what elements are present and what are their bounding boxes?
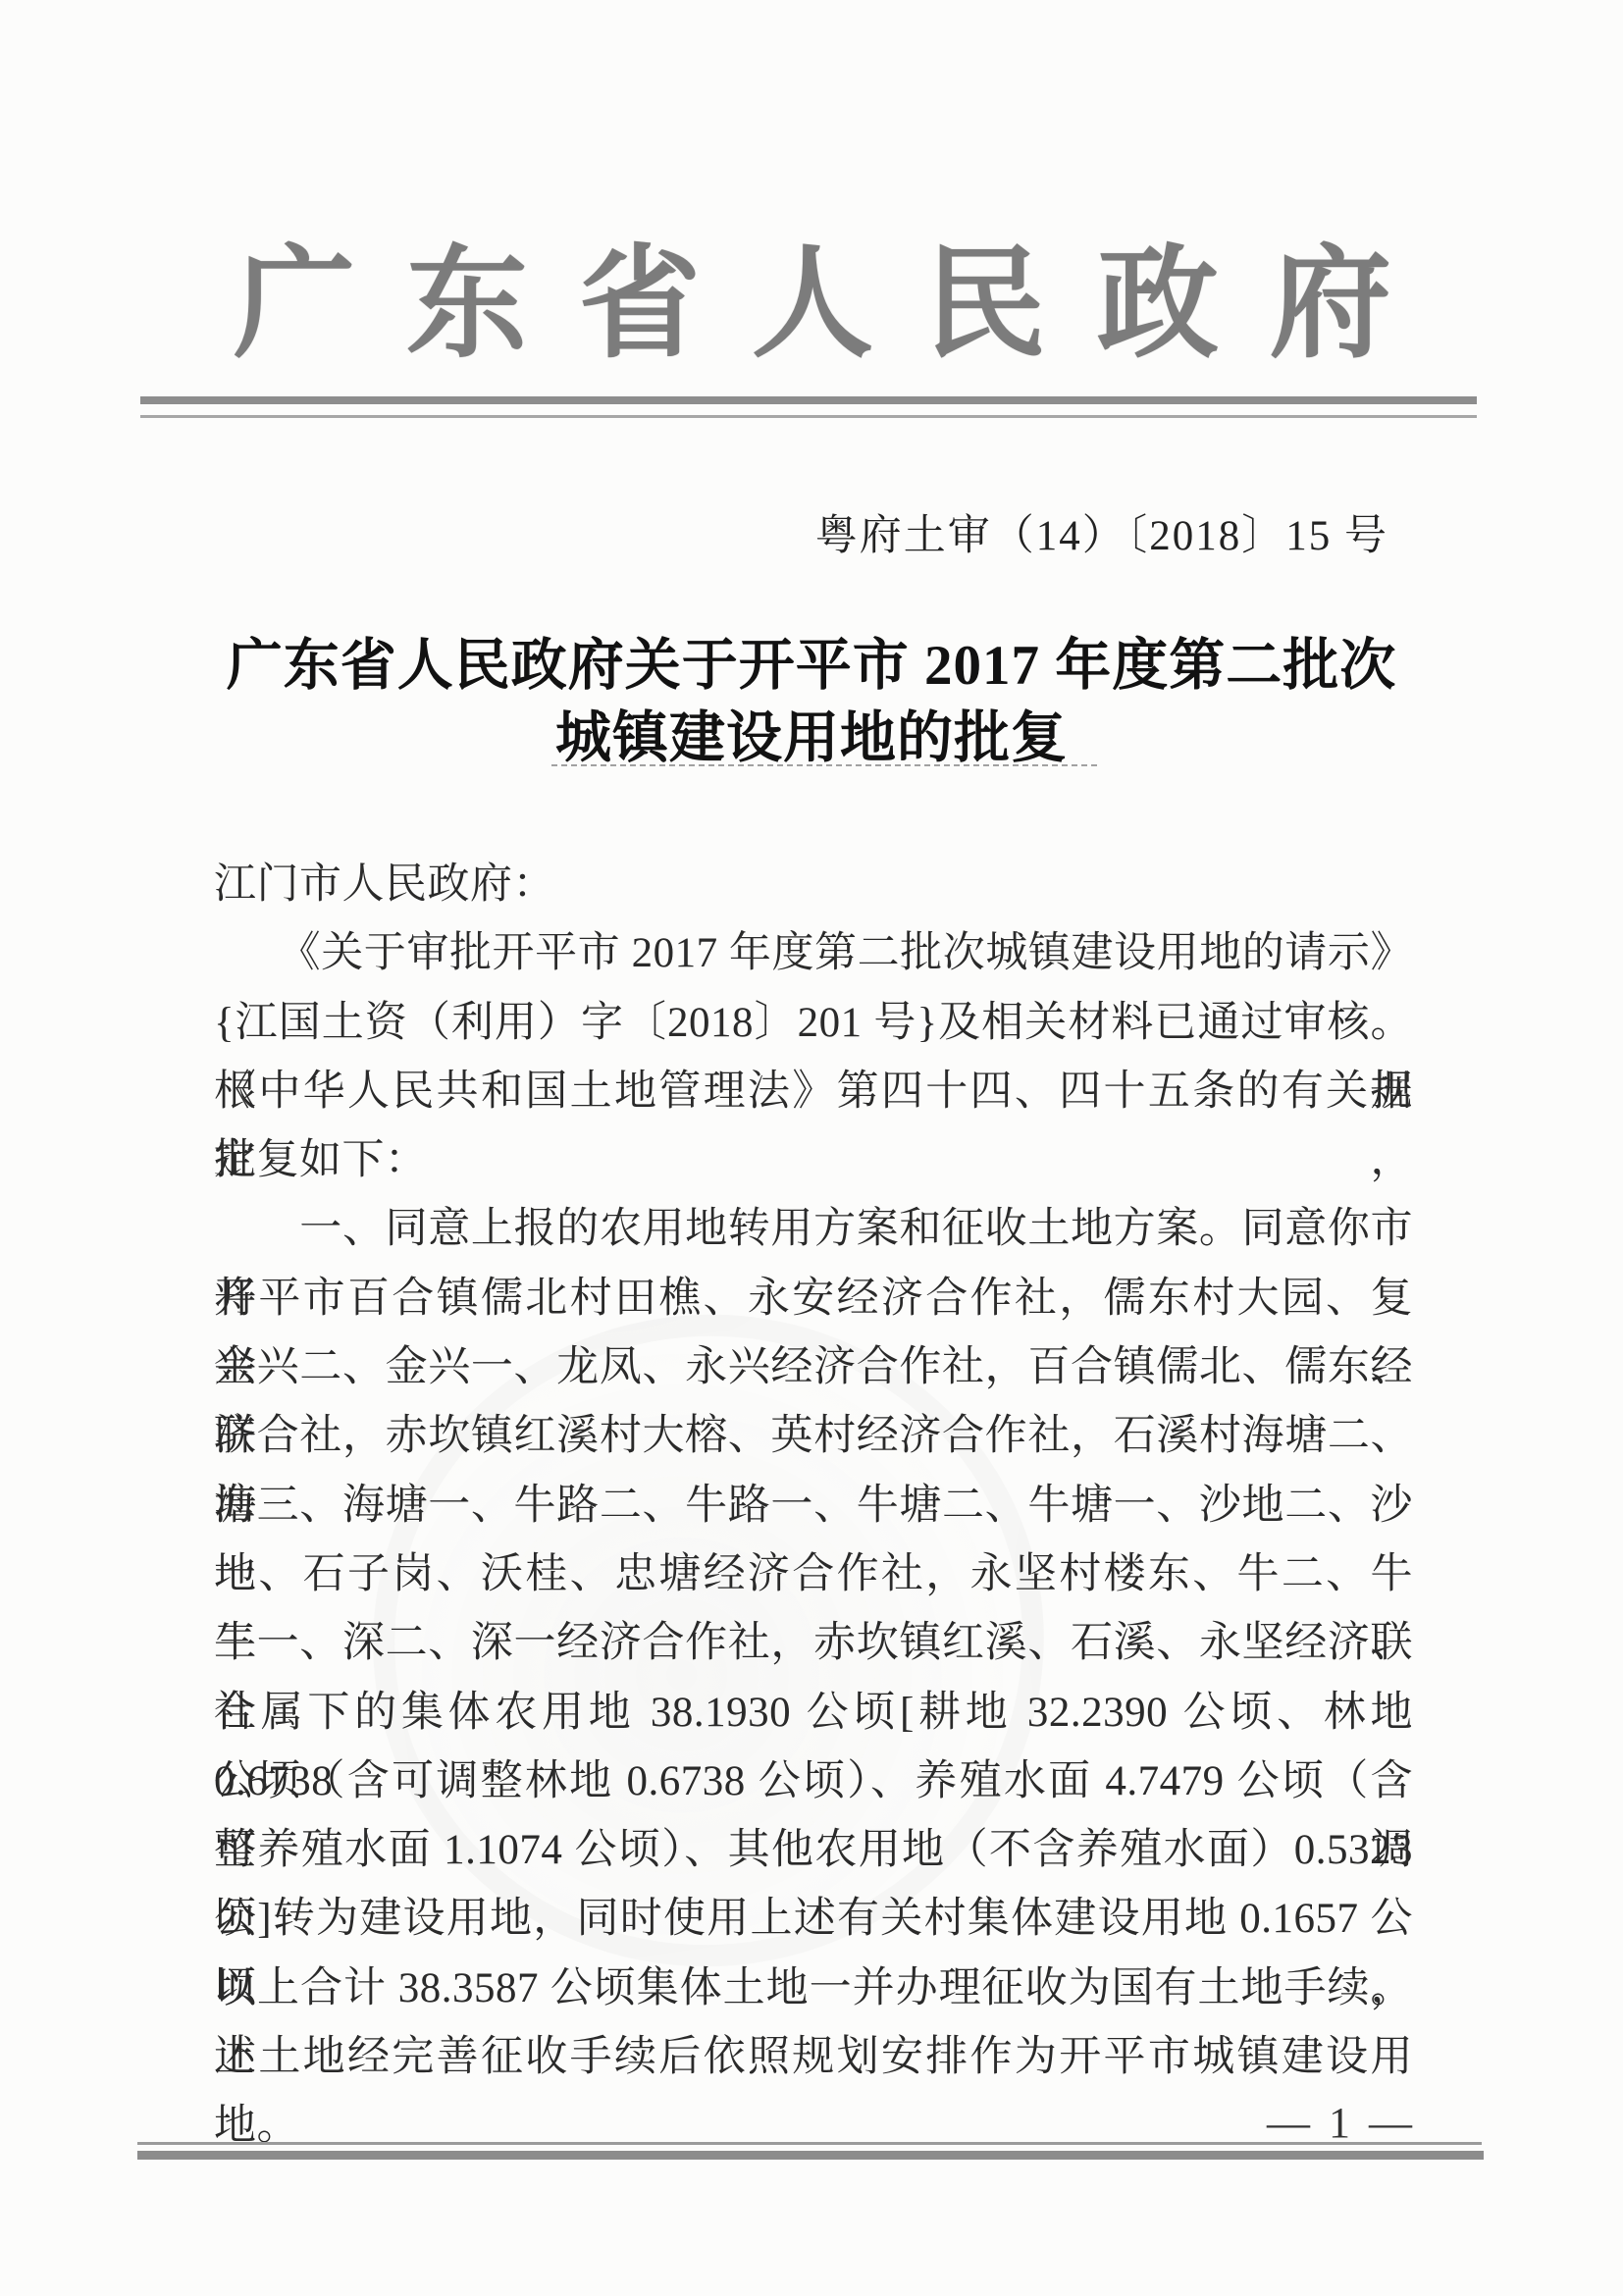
letterhead-char: 广 (234, 241, 355, 369)
body-line: 述土地经完善征收手续后依照规划安排作为开平市城镇建设用地。 (214, 2023, 1413, 2092)
body-line: 以上合计 38.3587 公顷集体土地一并办理征收为国有土地手续。上 (214, 1955, 1413, 2023)
scanned-document-page: 广 东 省 人 民 政 府 粤府土审（14）〔2018〕15 号 广东省人民政府… (0, 0, 1623, 2296)
body-line: 开平市百合镇儒北村田樵、永安经济合作社，儒东村大园、复兴、 (214, 1265, 1413, 1333)
letterhead-char: 府 (1270, 241, 1391, 369)
footer-rule-thin (137, 2142, 1482, 2145)
title-underline-artifact (551, 764, 1097, 766)
document-title-line-1: 广东省人民政府关于开平市 2017 年度第二批次 (0, 630, 1623, 703)
body-line: 《中华人民共和国土地管理法》第四十四、四十五条的有关规定， (214, 1058, 1413, 1126)
body-line: 整养殖水面 1.1074 公顷）、其他农用地（不含养殖水面）0.5323 公 (214, 1816, 1413, 1885)
document-body: 江门市人民政府： 《关于审批开平市 2017 年度第二批次城镇建设用地的请示》 … (214, 851, 1413, 2092)
letterhead-char: 民 (924, 241, 1046, 369)
document-title: 广东省人民政府关于开平市 2017 年度第二批次 城镇建设用地的批复 (0, 630, 1623, 775)
header-rule-thin (140, 415, 1477, 418)
body-line: 金兴二、金兴一、龙凤、永兴经济合作社，百合镇儒北、儒东经济 (214, 1333, 1413, 1402)
body-line: 一、石子岗、沃桂、忠塘经济合作社，永坚村楼东、牛二、牛三、 (214, 1540, 1413, 1609)
body-line: 《关于审批开平市 2017 年度第二批次城镇建设用地的请示》 (214, 919, 1413, 988)
body-line-salutation: 江门市人民政府： (214, 851, 1413, 919)
letterhead-char: 东 (406, 241, 528, 369)
footer-rule-thick (137, 2151, 1484, 2160)
page-number: — 1 — (1267, 2098, 1416, 2148)
body-line: 联合社，赤坎镇红溪村大榕、英村经济合作社，石溪村海塘二、海 (214, 1402, 1413, 1471)
letterhead-char: 省 (579, 241, 701, 369)
letterhead-title: 广 东 省 人 民 政 府 (234, 241, 1391, 373)
body-line: 塘三、海塘一、牛路二、牛路一、牛塘二、牛塘一、沙地二、沙地 (214, 1472, 1413, 1540)
letterhead-char: 政 (1097, 241, 1219, 369)
body-line: {江国土资（利用）字〔2018〕201 号}及相关材料已通过审核。根据 (214, 989, 1413, 1058)
letterhead-char: 人 (752, 241, 873, 369)
body-line: 顷]转为建设用地，同时使用上述有关村集体建设用地 0.1657 公顷， (214, 1885, 1413, 1954)
header-rule-thick (140, 396, 1477, 404)
body-line: 社属下的集体农用地 38.1930 公顷[耕地 32.2390 公顷、林地 0.… (214, 1679, 1413, 1748)
body-line: 牛一、深二、深一经济合作社，赤坎镇红溪、石溪、永坚经济联合 (214, 1609, 1413, 1678)
body-line: 一、同意上报的农用地转用方案和征收土地方案。同意你市将 (214, 1195, 1413, 1264)
body-line: 公顷（含可调整林地 0.6738 公顷）、养殖水面 4.7479 公顷（含可调 (214, 1748, 1413, 1816)
document-number: 粤府土审（14）〔2018〕15 号 (815, 502, 1388, 562)
